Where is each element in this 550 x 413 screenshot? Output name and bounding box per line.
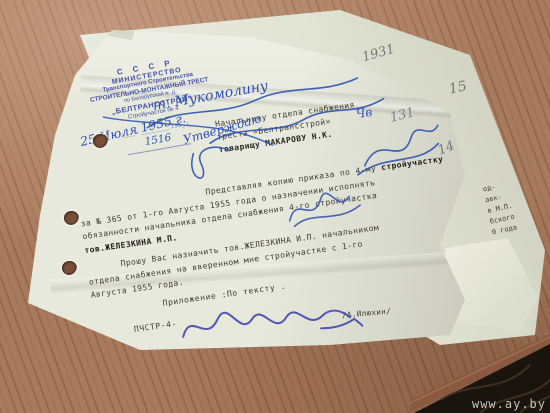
watermark: www.ay.by (472, 397, 546, 411)
punch-hole (62, 261, 77, 275)
folded-corner (103, 18, 137, 40)
photo-of-documents: од- авк- в М.П. бского 0 года С С С Р МИ… (0, 0, 550, 413)
punch-hole (93, 134, 108, 148)
punch-hole (64, 211, 79, 225)
under-sheet-text-fragments: од- авк- в М.П. бского 0 года (482, 173, 550, 239)
